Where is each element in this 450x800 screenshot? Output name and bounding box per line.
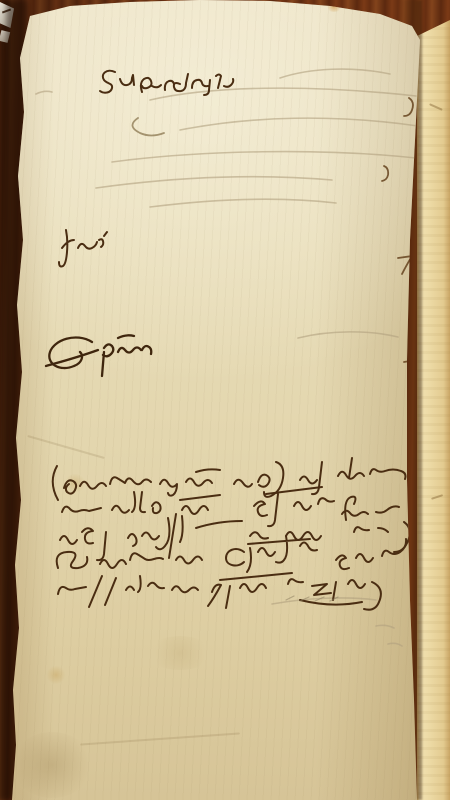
body-line-stroke <box>58 573 381 610</box>
body-line-2 <box>62 487 399 526</box>
body-line-3 <box>60 514 410 560</box>
manuscript-photo <box>0 0 450 800</box>
handwriting-layer <box>0 0 450 800</box>
body-line-stroke <box>57 536 406 572</box>
next-leaf-fiber-mark <box>431 494 443 499</box>
wood-grain-streak <box>0 0 3 800</box>
body-line-stroke <box>62 487 399 526</box>
marginal-note-stroke <box>59 230 107 267</box>
marginal-note-prima <box>46 335 151 376</box>
next-leaf-fiber-mark <box>429 103 442 110</box>
manuscript-page <box>0 0 450 800</box>
marginal-note-stroke <box>46 335 151 376</box>
body-line-stroke <box>60 514 410 560</box>
ink-blot-core <box>210 603 232 626</box>
body-line-4 <box>57 536 406 572</box>
body-line-1 <box>53 458 406 500</box>
body-line-stroke <box>53 458 406 500</box>
bleed-stroke-dark <box>132 118 164 136</box>
body-line-5 <box>58 573 381 610</box>
marginal-note-fiat <box>59 230 107 267</box>
